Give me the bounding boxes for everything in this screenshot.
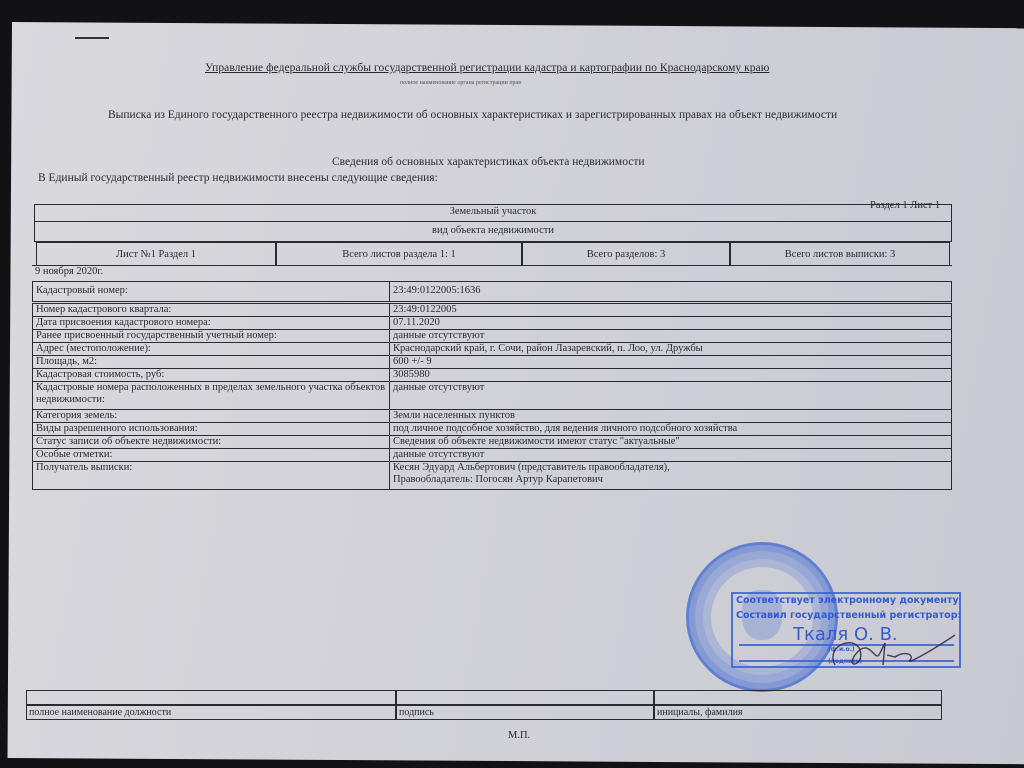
signature-icon [815,625,965,675]
cadastral-number-table: Кадастровый номер: 23:49:0122005:1636 [32,281,952,302]
row-value: данные отсутствуют [390,449,952,462]
row-label: Статус записи об объекте недвижимости: [33,436,390,449]
table-row: Кадастровый номер: 23:49:0122005:1636 [33,282,952,302]
table-row: Площадь, м2: 600 +/- 9 [33,356,952,369]
seal-place-mark: М.П. [508,730,530,741]
table-row: Адрес (местоположение): Краснодарский кр… [33,343,952,356]
position-caption: полное наименование должности [26,705,396,720]
row-label: Кадастровые номера расположенных в преде… [33,382,390,410]
agency-caption: полное наименование органа регистрации п… [400,80,521,86]
row-value: 23:49:0122005 [390,304,952,317]
table-row: Виды разрешенного использования: под лич… [33,423,952,436]
total-sheets-extract: Всего листов выписки: 3 [730,242,950,266]
total-sections: Всего разделов: 3 [522,242,730,266]
stamp-conformity-text: Соответствует электронному документу [736,595,959,606]
row-value: данные отсутствуют [390,382,952,410]
row-label: Номер кадастрового квартала: [33,304,390,317]
sheet-number: Лист №1 Раздел 1 [36,242,276,266]
row-value: данные отсутствуют [390,330,952,343]
object-type: Земельный участок [35,205,951,222]
cadastral-number-value: 23:49:0122005:1636 [390,282,952,302]
table-row: Кадастровая стоимость, руб: 3085980 [33,369,952,382]
total-sheets-section: Всего листов раздела 1: 1 [276,242,522,266]
table-row: Дата присвоения кадастрового номера: 07.… [33,317,952,330]
table-row: Статус записи об объекте недвижимости: С… [33,436,952,449]
row-label: Виды разрешенного использования: [33,423,390,436]
row-value: 07.11.2020 [390,317,952,330]
object-type-caption: вид объекта недвижимости [35,222,951,239]
row-value: Сведения об объекте недвижимости имеют с… [390,436,952,449]
table-row: Получатель выписки: Кесян Эдуард Альберт… [33,462,952,490]
row-value: под личное подсобное хозяйство, для веде… [390,423,952,436]
rights-holder-line: Правообладатель: Погосян Артур Карапетов… [393,474,948,486]
initials-caption: инициалы, фамилия [654,705,942,720]
section-title: Сведения об основных характеристиках объ… [332,156,645,168]
table-row: Кадастровые номера расположенных в преде… [33,382,952,410]
row-label: Особые отметки: [33,449,390,462]
row-value: Земли населенных пунктов [390,410,952,423]
table-row: Категория земель: Земли населенных пункт… [33,410,952,423]
row-value: 3085980 [390,369,952,382]
row-value: Краснодарский край, г. Сочи, район Лазар… [390,343,952,356]
row-value: Кесян Эдуард Альбертович (представитель … [390,462,952,490]
table-row: Ранее присвоенный государственный учетны… [33,330,952,343]
row-label: Ранее присвоенный государственный учетны… [33,330,390,343]
intro-text: В Единый государственный реестр недвижим… [38,172,438,184]
row-label: Кадастровая стоимость, руб: [33,369,390,382]
recipient-line: Кесян Эдуард Альбертович (представитель … [393,462,948,474]
row-label: Получатель выписки: [33,462,390,490]
signature-block: полное наименование должности подпись ин… [26,690,942,720]
table-row: Особые отметки: данные отсутствуют [33,449,952,462]
signature-field [396,690,654,705]
table-row: Номер кадастрового квартала: 23:49:01220… [33,304,952,317]
signature-caption: подпись [396,705,654,720]
extract-title: Выписка из Единого государственного реес… [108,109,837,121]
sheet-meta-row: Лист №1 Раздел 1 Всего листов раздела 1:… [36,242,950,266]
row-label: Категория земель: [33,410,390,423]
row-label: Дата присвоения кадастрового номера: [33,317,390,330]
row-label: Площадь, м2: [33,356,390,369]
row-value: 600 +/- 9 [390,356,952,369]
agency-name: Управление федеральной службы государств… [205,62,769,74]
object-type-box: Земельный участок вид объекта недвижимос… [34,204,952,242]
top-dash-mark [75,37,109,39]
initials-field [654,690,942,705]
stamp-registrar-text: Составил государственный регистратор: [736,610,961,621]
extract-date: 9 ноября 2020г. [32,265,952,277]
cadastral-number-label: Кадастровый номер: [33,282,390,302]
row-label: Адрес (местоположение): [33,343,390,356]
position-field [26,690,396,705]
characteristics-table: Номер кадастрового квартала: 23:49:01220… [32,303,952,490]
